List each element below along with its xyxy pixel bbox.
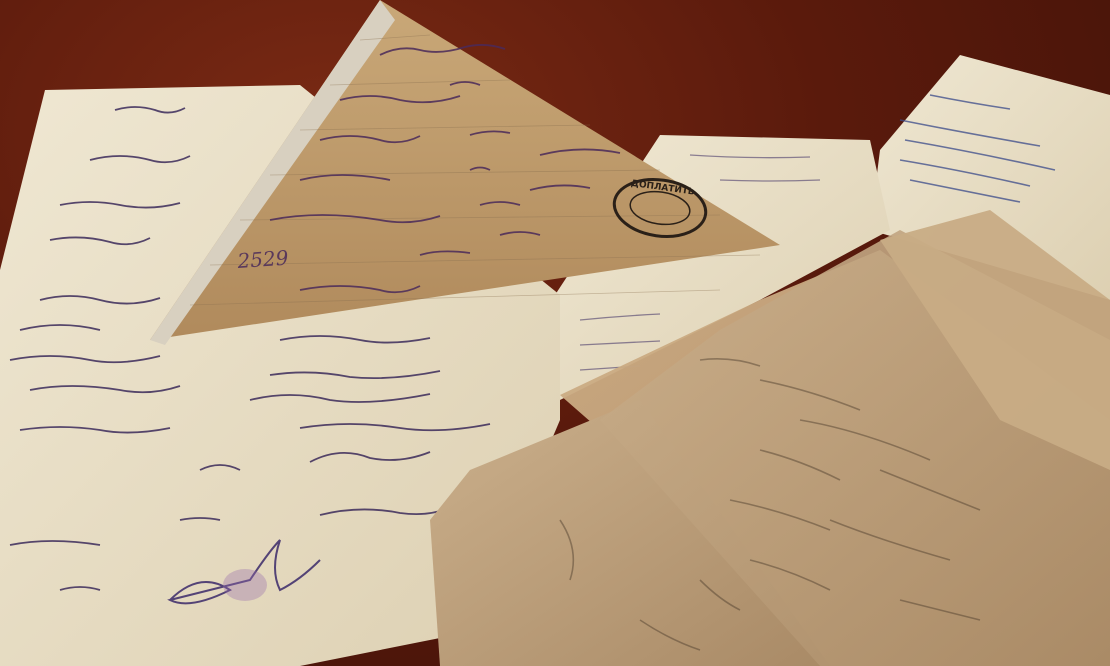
letters-composition: 2529 ДОПЛАТИТЬ xyxy=(0,0,1110,666)
triangle-number: 2529 xyxy=(236,245,290,273)
